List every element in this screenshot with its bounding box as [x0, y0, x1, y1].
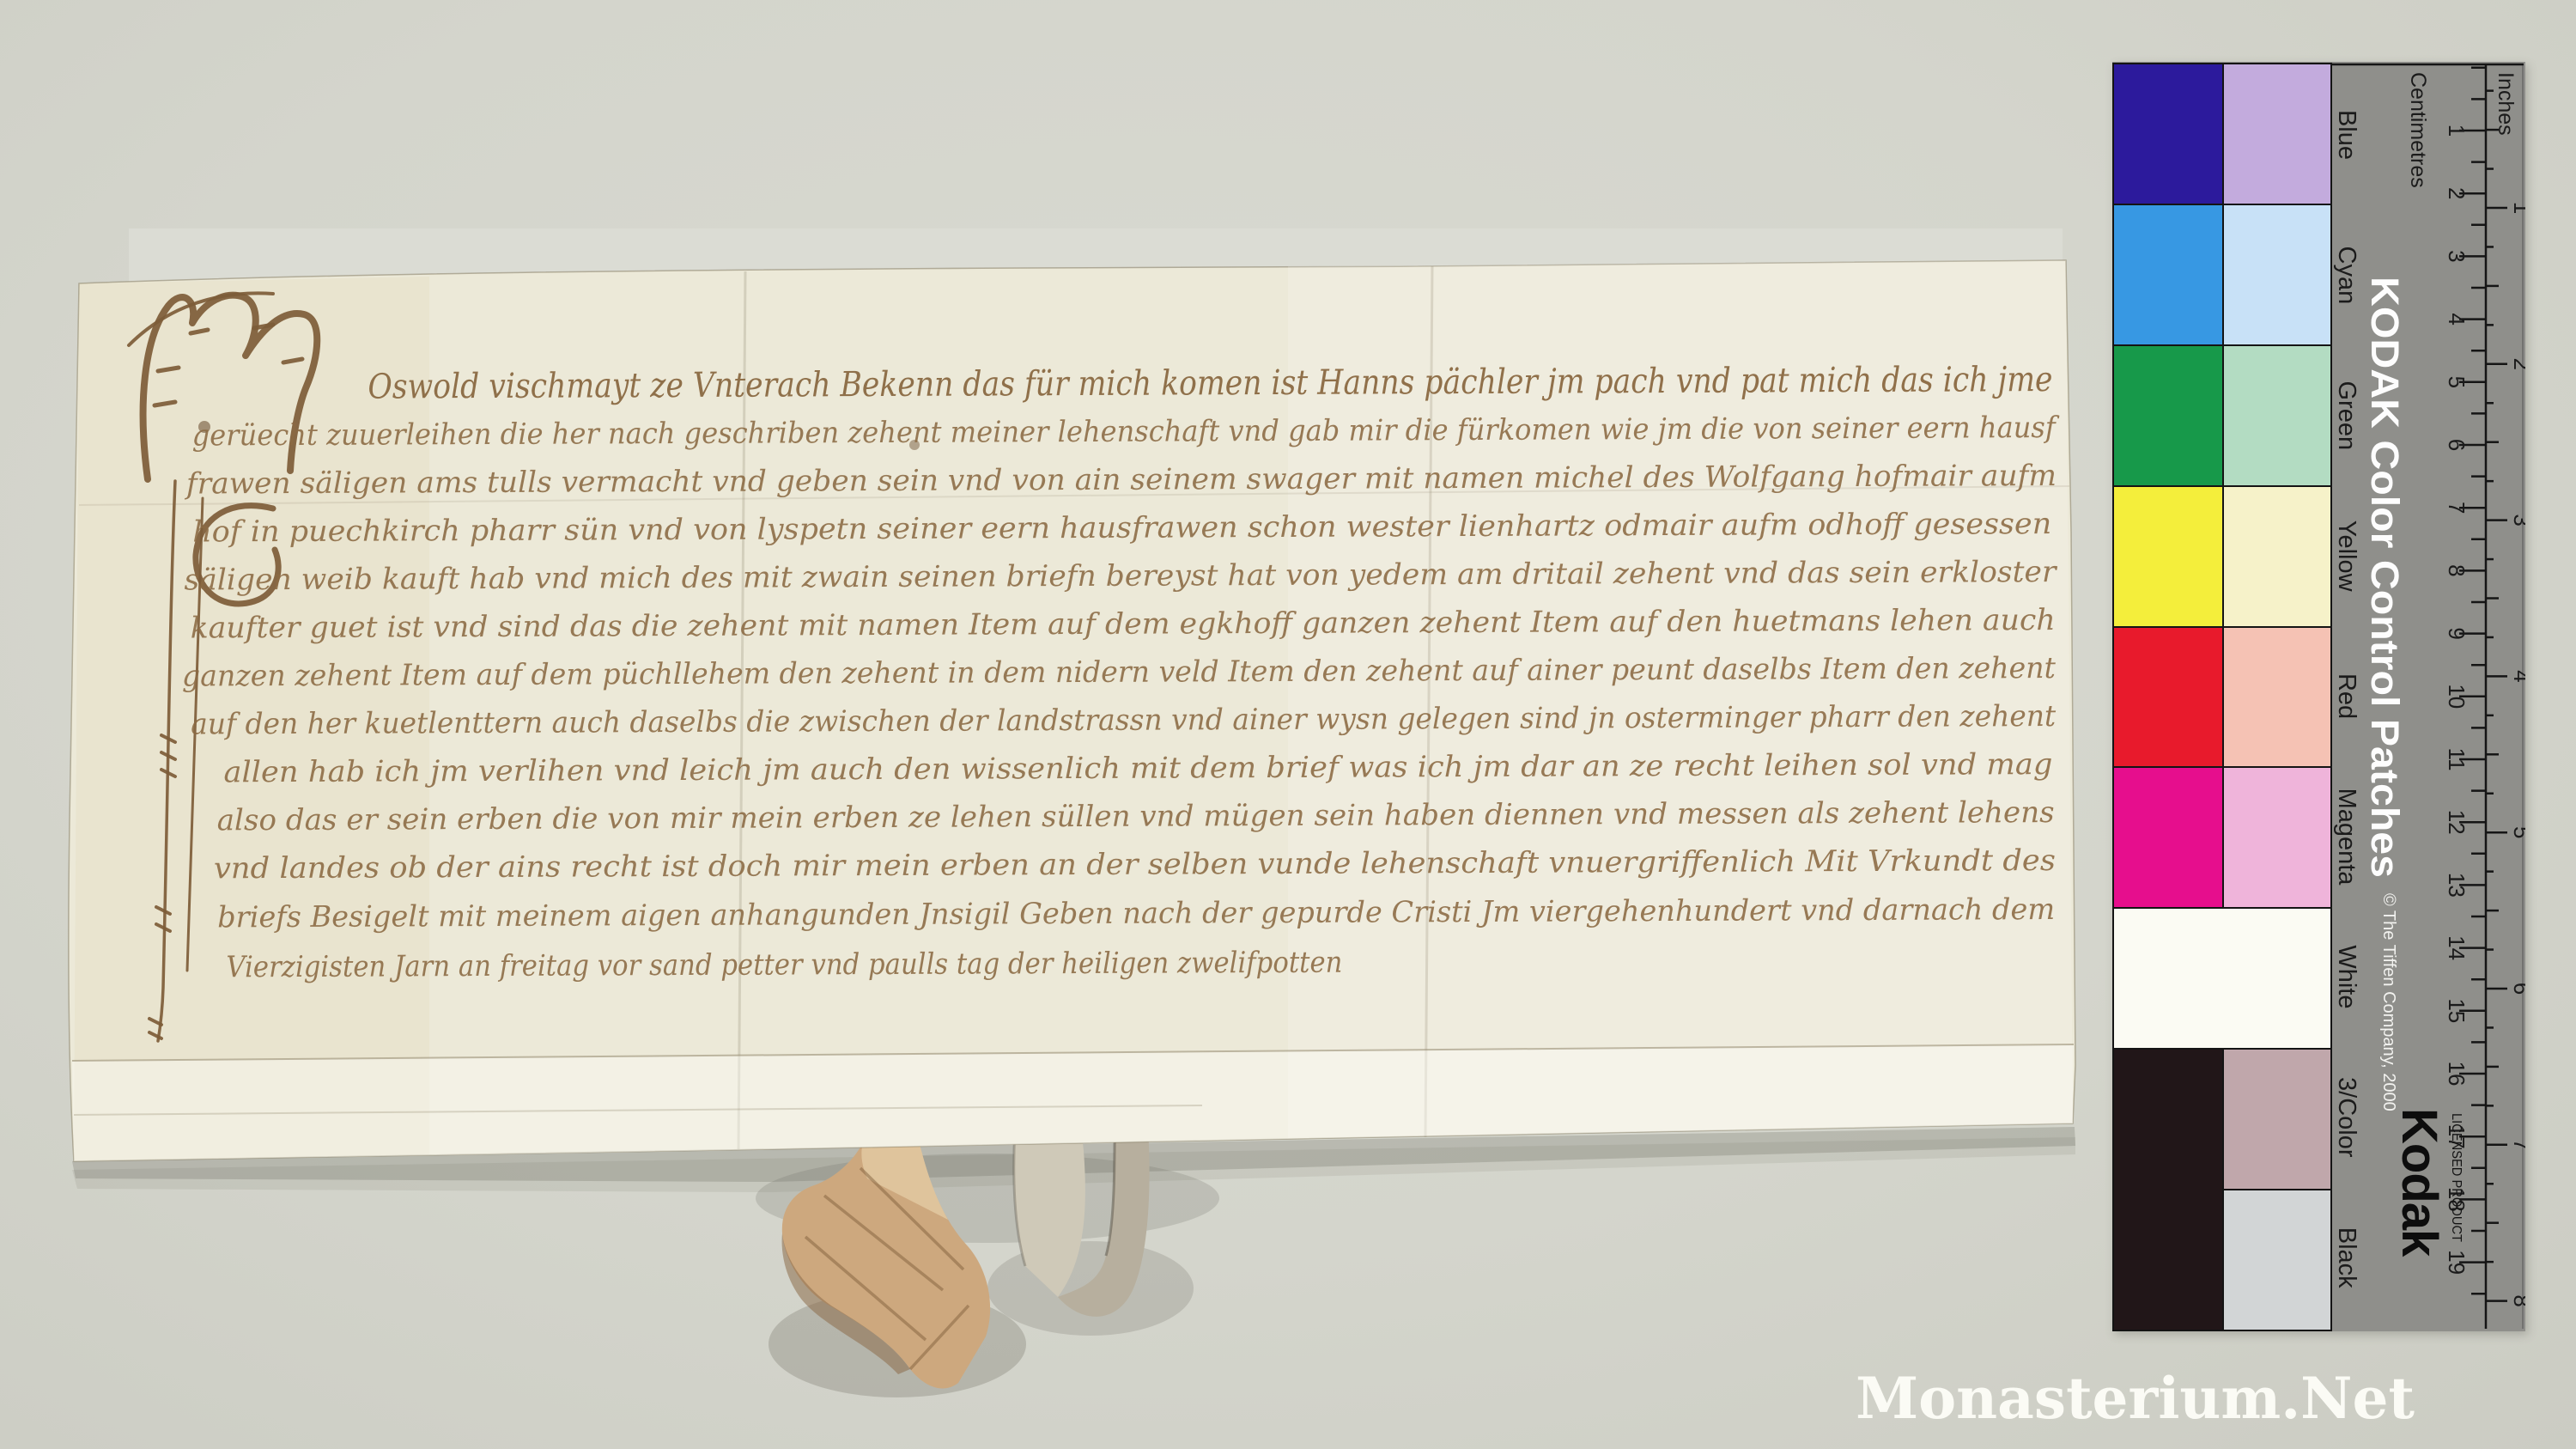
ruler-number: 2: [2509, 358, 2525, 370]
kodak-logo: Kodak: [2391, 1108, 2447, 1257]
ruler-number: 14: [2444, 935, 2470, 960]
ruler-number: 7: [2509, 1139, 2525, 1151]
ruler-number: 8: [2444, 564, 2470, 576]
card-title: KODAK Color Control Patches: [2363, 277, 2407, 878]
manuscript-line: Vierzigisten Jarn an freitag vor sand pe…: [226, 946, 1342, 985]
patch-label-magenta: Magenta: [2333, 788, 2360, 886]
patch-label-yellow: Yellow: [2333, 521, 2360, 593]
centimetres-label: Centimetres: [2406, 72, 2430, 188]
patch-label-cyan: Cyan: [2333, 247, 2360, 305]
patch-label-blue: Blue: [2333, 110, 2360, 160]
ruler-number: 1: [2509, 202, 2525, 214]
patch-label-red: Red: [2333, 673, 2360, 719]
ruler-number: 12: [2444, 810, 2470, 835]
patch-label-3color: 3/Color: [2333, 1077, 2360, 1158]
ruler-number: 13: [2444, 873, 2470, 898]
ruler-number: 15: [2444, 998, 2470, 1023]
licensed-product-label: LICENSED PRODUCT: [2449, 1113, 2464, 1242]
monasterium-watermark: Monasterium.Net: [1856, 1370, 2415, 1427]
photo-stage: Oswold vischmayt ze Vnterach Bekenn das …: [0, 0, 2576, 1449]
ruler-number: 5: [2509, 826, 2525, 838]
ruler-number: 4: [2444, 313, 2470, 325]
ruler-number: 10: [2444, 684, 2470, 709]
card-copyright: © The Tiffen Company, 2000: [2379, 893, 2398, 1111]
ruler-number: 4: [2509, 670, 2525, 682]
ruler-number: 3: [2509, 514, 2525, 526]
ruler-number: 1: [2444, 125, 2470, 137]
ruler-number: 5: [2444, 376, 2470, 388]
manuscript-line: Oswold vischmayt ze Vnterach Bekenn das …: [368, 360, 2052, 407]
kodak-color-control-card: 1234567891011121314151617181912345678 Bl…: [2112, 62, 2525, 1331]
ruler-number: 6: [2444, 439, 2470, 451]
ruler-number: 16: [2444, 1062, 2470, 1087]
ruler-number: 9: [2444, 627, 2470, 639]
patch-label-white: White: [2333, 945, 2360, 1008]
ruler-number: 6: [2509, 983, 2525, 995]
patch-label-green: Green: [2333, 381, 2360, 450]
ruler-number: 3: [2444, 250, 2470, 262]
ruler-number: 8: [2509, 1294, 2525, 1306]
ruler-number: 7: [2444, 502, 2470, 514]
ruler-number: 2: [2444, 187, 2470, 199]
inches-label: Inches: [2494, 72, 2518, 136]
ruler-number: 11: [2444, 748, 2470, 771]
color-card-markings: 1234567891011121314151617181912345678 Bl…: [2112, 62, 2525, 1331]
patch-label-black: Black: [2333, 1227, 2360, 1288]
